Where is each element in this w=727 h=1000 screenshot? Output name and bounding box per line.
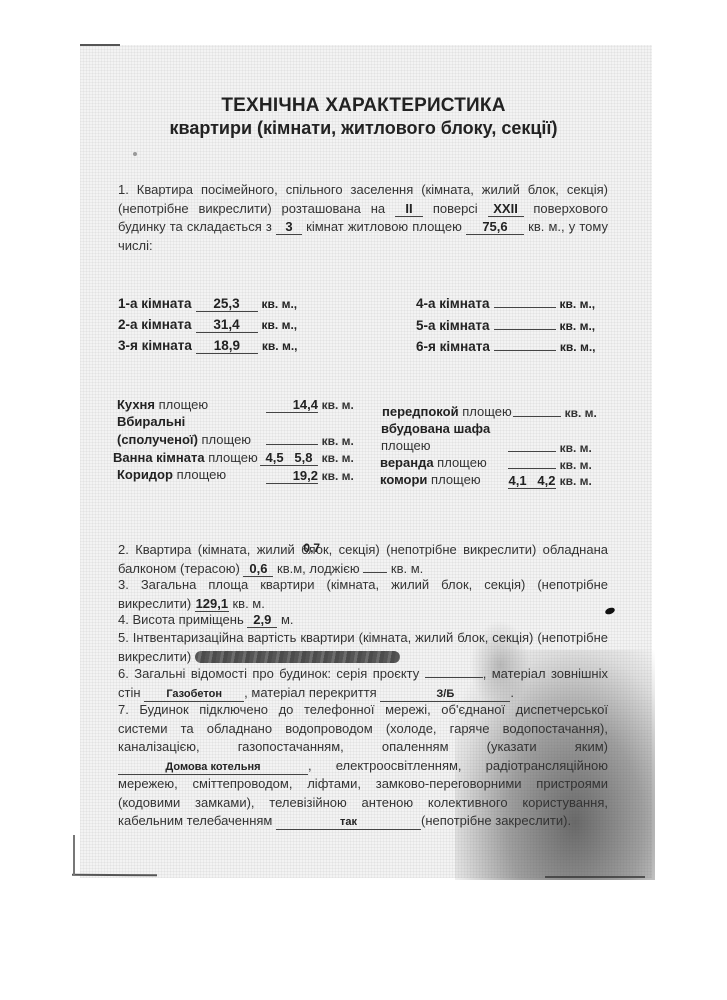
section-3-text: кв. м. (232, 596, 264, 611)
section-2-text: 2. Квартира (кімната, жилий блок, секція… (118, 542, 608, 576)
unit-label: кв. м., (560, 340, 596, 354)
hallway-value: кв. м. (513, 405, 597, 420)
living-area-field: 75,6 (466, 220, 524, 235)
room-row: 5-а кімнатакв. м., (416, 318, 595, 333)
veranda-area-field (508, 468, 556, 469)
toilet-area-field (266, 444, 318, 445)
section-4-text: 4. Висота приміщень (118, 612, 244, 627)
aux-label: Вбиральні (117, 414, 185, 429)
aux-label: площею (427, 472, 480, 487)
room-label: 2-а кімната (118, 317, 192, 332)
corridor-row: Коридор площею (117, 467, 226, 482)
veranda-row: веранда площею (380, 455, 487, 470)
unit-label: кв. м. (322, 469, 354, 483)
total-area-field: 129,1 (195, 597, 229, 612)
section-7: 7. Будинок підключено до телефонної мере… (118, 701, 608, 831)
section-6-text: . (510, 685, 514, 700)
toilet-row: (сполученої) площею (117, 432, 251, 447)
room-row: 4-а кімнатакв. м., (416, 296, 595, 311)
section-4-text: м. (281, 612, 294, 627)
closet-area-field (508, 451, 556, 452)
unit-label: кв. м. (560, 441, 592, 455)
balcony-correction: 0,7 (303, 539, 320, 558)
section-6-text: 6. Загальні відомості про будинок: серія… (118, 666, 419, 681)
project-series-field (425, 677, 483, 678)
page-edge (73, 835, 75, 875)
unit-label: кв. м., (262, 318, 298, 332)
section-1-text: поверсі (433, 201, 478, 216)
unit-label: кв. м. (560, 474, 592, 488)
aux-label: площею (173, 467, 226, 482)
aux-label: комори (380, 472, 427, 487)
section-7-text: 7. Будинок підключено до телефонної мере… (118, 702, 608, 754)
aux-label: площею (198, 432, 251, 447)
unit-label: кв. м., (262, 339, 298, 353)
cable-tv-field: так (276, 815, 421, 830)
room-area-field: 31,4 (196, 317, 258, 333)
veranda-value: кв. м. (508, 457, 592, 472)
unit-label: кв. м. (560, 458, 592, 472)
room-area-field (494, 307, 556, 308)
bathroom-value: 4,5 5,8 кв. м. (260, 450, 354, 466)
kitchen-row: Кухня площею (117, 397, 208, 412)
aux-label: площею (205, 450, 258, 465)
section-7-text: (непотрібне закреслити). (421, 813, 571, 828)
bathroom-area-field: 4,5 5,8 (260, 451, 318, 466)
room-label: 4-а кімната (416, 296, 490, 311)
aux-label: Ванна кімната (113, 450, 205, 465)
ceiling-height-field: 2,9 (247, 613, 277, 628)
room-area-field (494, 350, 556, 351)
balcony-area-field: 0,6 (243, 562, 273, 577)
aux-label: вбудована шафа (381, 421, 490, 436)
aux-label: передпокой (382, 404, 459, 419)
storeys-field: XXII (488, 202, 524, 217)
room-label: 3-я кімната (118, 338, 192, 353)
room-row: 2-а кімната31,4кв. м., (118, 317, 297, 333)
floor-field: II (395, 202, 423, 217)
section-2: 2. Квартира (кімната, жилий блок, секція… (118, 541, 608, 578)
rooms-count-field: 3 (276, 220, 302, 235)
section-5: 5. Інтвентаризаційна вартість квартири (… (118, 629, 608, 666)
room-area-field: 18,9 (196, 338, 258, 354)
aux-label: площею (155, 397, 208, 412)
room-row: 6-я кімнатакв. м., (416, 339, 596, 354)
heating-type-field: Домова котельня (118, 760, 308, 775)
aux-label: Кухня (117, 397, 155, 412)
section-4: 4. Висота приміщень 2,9 м. (118, 611, 608, 630)
kitchen-area-field: 14,4 (266, 398, 318, 413)
section-2-text: кв.м, лоджією (277, 561, 360, 576)
hallway-area-field (513, 416, 561, 417)
section-3-text: 3. Загальна площа квартири (кімната, жил… (118, 577, 608, 611)
aux-label: Коридор (117, 467, 173, 482)
page-edge (545, 876, 645, 878)
storage-value: 4,1 4,2 кв. м. (508, 473, 592, 489)
kitchen-value: 14,4 кв. м. (266, 397, 354, 413)
room-row: 3-я кімната18,9кв. м., (118, 338, 298, 354)
storage-area-field: 4,1 4,2 (508, 474, 556, 489)
scan-speck (133, 152, 137, 156)
room-label: 1-а кімната (118, 296, 192, 311)
aux-label: площею (381, 438, 431, 453)
ceiling-material-field: З/Б (380, 687, 510, 702)
section-3: 3. Загальна площа квартири (кімната, жил… (118, 576, 608, 613)
document-subtitle: квартири (кімнати, житлового блоку, секц… (0, 118, 727, 139)
bathroom-row: Ванна кімната площею (113, 450, 258, 465)
document-title: ТЕХНІЧНА ХАРАКТЕРИСТИКА (0, 95, 727, 117)
aux-label: (сполученої) (117, 432, 198, 447)
section-2-text: кв. м. (391, 561, 423, 576)
aux-label: веранда (380, 455, 434, 470)
section-1: 1. Квартира посімейного, спільного засел… (118, 181, 608, 255)
room-label: 6-я кімната (416, 339, 490, 354)
unit-label: кв. м. (565, 406, 597, 420)
closet-value: кв. м. (508, 440, 592, 455)
closet-row: площею (381, 438, 431, 453)
wall-material-field: Газобетон (144, 687, 244, 702)
unit-label: кв. м., (262, 297, 298, 311)
loggia-area-field (363, 572, 387, 573)
room-row: 1-а кімната25,3кв. м., (118, 296, 297, 312)
aux-label: площею (459, 404, 512, 419)
unit-label: кв. м., (560, 319, 596, 333)
room-area-field (494, 329, 556, 330)
section-6-text: , матеріал перекриття (244, 685, 377, 700)
room-label: 5-а кімната (416, 318, 490, 333)
redacted-value (195, 651, 400, 663)
section-1-text: кімнат житловою площею (306, 219, 462, 234)
corridor-value: 19,2 кв. м. (266, 468, 354, 484)
toilet-row: Вбиральні (117, 414, 185, 429)
unit-label: кв. м. (322, 451, 354, 465)
unit-label: кв. м. (322, 398, 354, 412)
corridor-area-field: 19,2 (266, 469, 318, 484)
aux-label: площею (434, 455, 487, 470)
page-edge (80, 44, 120, 46)
section-6: 6. Загальні відомості про будинок: серія… (118, 665, 608, 702)
hallway-row: передпокой площею (382, 404, 512, 419)
unit-label: кв. м. (322, 434, 354, 448)
room-area-field: 25,3 (196, 296, 258, 312)
toilet-value: кв. м. (266, 433, 354, 448)
storage-row: комори площею (380, 472, 481, 487)
closet-row: вбудована шафа (381, 421, 490, 436)
unit-label: кв. м., (560, 297, 596, 311)
